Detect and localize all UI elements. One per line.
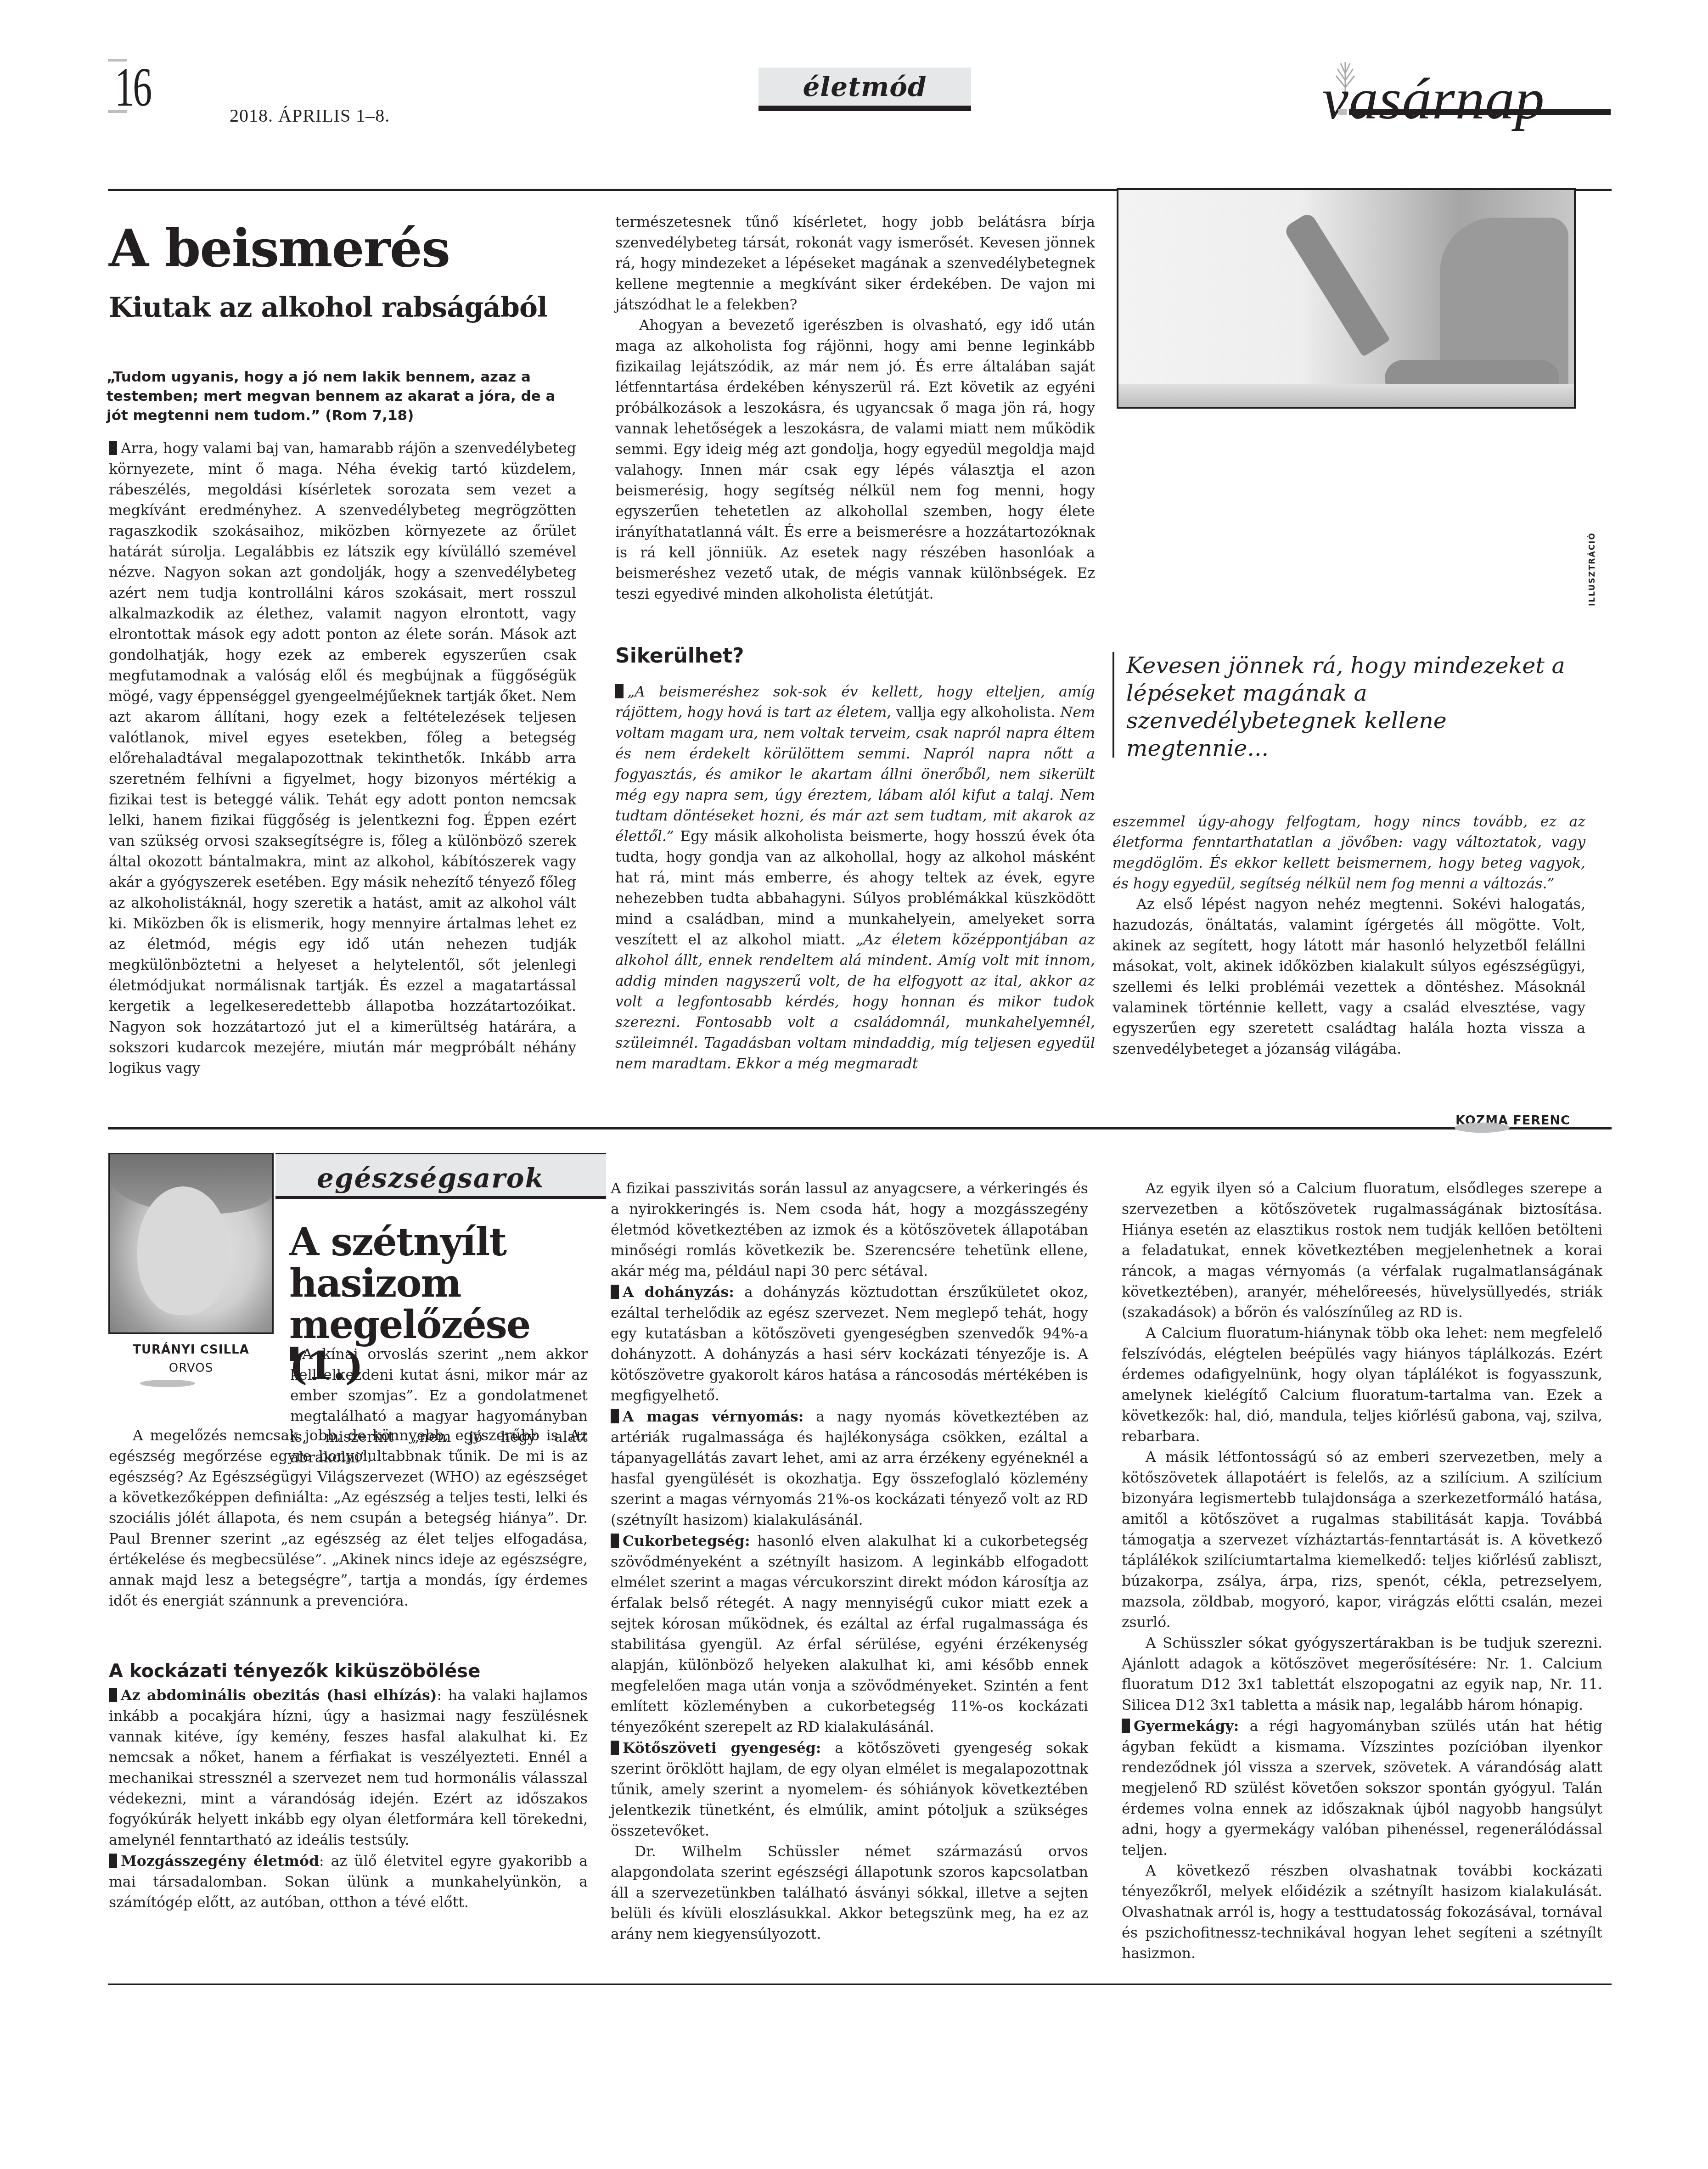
health-paragraph: Az egyik ilyen só a Calcium fluoratum, e… xyxy=(1122,1179,1602,1323)
brand-underline-accent xyxy=(1338,109,1347,115)
byline-oval-decoration xyxy=(1455,1123,1510,1133)
risk-factor-text: a régi hagyományban szülés után hat héti… xyxy=(1122,1718,1602,1859)
issue-date: 2018. ÁPRILIS 1–8. xyxy=(230,105,390,126)
paragraph-marker-icon xyxy=(611,1741,619,1755)
article-subtitle: Kiutak az alkohol rabságából xyxy=(109,292,547,324)
health-paragraph: Dr. Wilhelm Schüssler német származású o… xyxy=(611,1842,1088,1945)
health-paragraph: A fizikai passzivitás során lassul az an… xyxy=(611,1179,1088,1282)
article-column-2: természetesnek tűnő kísérletet, hogy job… xyxy=(615,212,1095,1074)
health-paragraph: A következő részben olvashatnak további … xyxy=(1122,1861,1602,1964)
health-paragraph: A másik létfontosságú só az emberi szerv… xyxy=(1122,1447,1602,1633)
article-paragraph: Arra, hogy valami baj van, hamarabb rájö… xyxy=(109,440,576,1077)
article-motto: „Tudom ugyanis, hogy a jó nem lakik benn… xyxy=(107,367,575,425)
portrait-face xyxy=(137,1186,229,1315)
header-accent-bottom xyxy=(108,110,127,113)
paragraph-marker-icon xyxy=(611,1285,619,1299)
health-paragraph: A Calcium fluoratum-hiánynak több oka le… xyxy=(1122,1323,1602,1447)
risk-factor-label: Mozgásszegény életmód xyxy=(121,1853,319,1870)
risk-factor-label: Cukorbetegség: xyxy=(623,1533,750,1550)
quote-text: Nem voltam magam ura, nem voltak terveim… xyxy=(615,704,1095,845)
article-subhead: Sikerülhet? xyxy=(615,642,1095,670)
brand-underline xyxy=(1349,109,1611,115)
health-column-3: Az egyik ilyen só a Calcium fluoratum, e… xyxy=(1122,1179,1602,1964)
risk-factor-text: a dohányzás köztudottan érszűkületet oko… xyxy=(611,1284,1088,1404)
footer-divider xyxy=(108,1984,1612,1985)
page-number: 16 xyxy=(115,64,151,110)
paragraph-marker-icon xyxy=(611,1534,619,1548)
health-column-2: A fizikai passzivitás során lassul az an… xyxy=(611,1179,1088,1945)
article-paragraph: Az első lépést nagyon nehéz megtenni. So… xyxy=(1112,894,1585,1060)
risk-factor-text: hasonló elven alakulhat ki a cukorbetegs… xyxy=(611,1533,1088,1736)
paragraph-marker-icon xyxy=(109,441,117,455)
quote-text: eszemmel úgy-ahogy felfogtam, hogy nincs… xyxy=(1112,812,1585,894)
article-column-1: Arra, hogy valami baj van, hamarabb rájö… xyxy=(109,438,576,1079)
risk-factor-label: Gyermekágy: xyxy=(1134,1718,1239,1735)
grass-illustration xyxy=(1118,384,1574,407)
paragraph-marker-icon xyxy=(109,1688,117,1702)
author-credit: TURÁNYI CSILLA ORVOS xyxy=(108,1341,274,1377)
paragraph-marker-icon xyxy=(1122,1719,1130,1733)
column-kicker-box: egészségsarok xyxy=(275,1153,606,1199)
section-divider xyxy=(108,1127,1612,1129)
author-name: TURÁNYI CSILLA xyxy=(108,1341,274,1359)
author-portrait xyxy=(108,1153,274,1334)
body-text: , vallja egy alkoholista. xyxy=(887,704,1060,721)
newspaper-brand: vasárnap xyxy=(1322,60,1612,115)
risk-factor-text: a nagy nyomás következtében az artériák … xyxy=(611,1409,1088,1528)
pull-quote: Kevesen jönnek rá, hogy mindezeket a lép… xyxy=(1112,652,1590,758)
body-text: Egy másik alkoholista beismerte, hogy ho… xyxy=(615,828,1095,948)
photo-credit: ILLUSZTRÁCIÓ xyxy=(1588,532,1597,606)
article-photo xyxy=(1117,188,1576,409)
health-paragraph: A megelőzés nemcsak jobb, de könnyebb, e… xyxy=(109,1426,588,1612)
paragraph-marker-icon xyxy=(109,1854,117,1868)
quote-text: „Az életem középpontjában az alkohol áll… xyxy=(615,932,1095,1072)
section-label-box: életmód xyxy=(758,67,971,111)
article-column-3: eszemmel úgy-ahogy felfogtam, hogy nincs… xyxy=(1112,812,1585,1060)
column-kicker: egészségsarok xyxy=(317,1163,545,1194)
health-paragraph: A Schüsszler sókat gyógyszertárakban is … xyxy=(1122,1633,1602,1716)
author-oval-decoration xyxy=(140,1380,195,1387)
article-paragraph: Ahogyan a bevezető igerészben is olvasha… xyxy=(615,315,1095,605)
health-subhead: A kockázati tényezők kiküszöbölése xyxy=(109,1658,588,1684)
section-label: életmód xyxy=(803,71,927,102)
risk-factor-label: A magas vérnyomás: xyxy=(623,1408,803,1425)
health-column-1: A megelőzés nemcsak jobb, de könnyebb, e… xyxy=(109,1426,588,1913)
paragraph-marker-icon xyxy=(615,684,624,698)
risk-factor-label: A dohányzás: xyxy=(623,1284,734,1301)
article-title: A beismerés xyxy=(109,221,449,276)
paragraph-marker-icon xyxy=(290,1347,298,1361)
paragraph-marker-icon xyxy=(611,1409,619,1423)
brand-wordmark: vasárnap xyxy=(1322,73,1545,124)
risk-factor-label: Kötőszöveti gyengeség: xyxy=(623,1740,821,1757)
author-role: ORVOS xyxy=(108,1359,274,1377)
pull-quote-text: Kevesen jönnek rá, hogy mindezeket a lép… xyxy=(1126,652,1590,762)
risk-factor-label: Az abdominális obezitás (hasi elhízás) xyxy=(121,1687,437,1704)
risk-factor-text: : ha valaki hajlamos inkább a pocakjára … xyxy=(109,1687,588,1849)
article-paragraph: természetesnek tűnő kísérletet, hogy job… xyxy=(615,212,1095,315)
bottle-illustration xyxy=(1283,212,1390,357)
